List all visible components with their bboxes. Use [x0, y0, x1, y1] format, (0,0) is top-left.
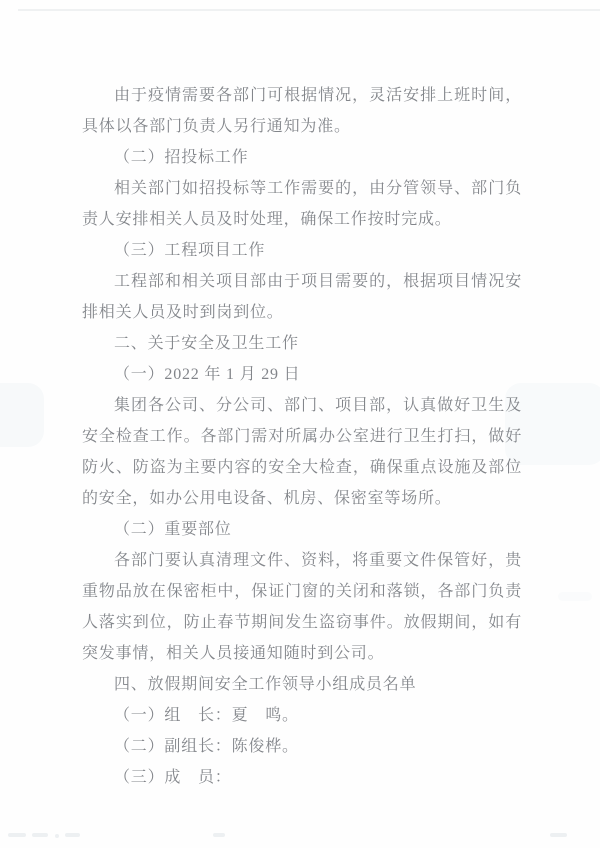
paragraph-project-detail: 工程部和相关项目部由于项目需要的，根据项目情况安排相关人员及时到岗到位。 — [82, 266, 522, 328]
heading-bidding-work: （二）招投标工作 — [82, 142, 522, 173]
document-body: 由于疫情需要各部门可根据情况，灵活安排上班时间，具体以各部门负责人另行通知为准。… — [82, 80, 522, 793]
list-item-deputy-leader: （二）副组长：陈俊桦。 — [82, 731, 522, 762]
document-page: 由于疫情需要各部门可根据情况，灵活安排上班时间，具体以各部门负责人另行通知为准。… — [0, 0, 600, 848]
scan-artifact-bottom-edge — [550, 833, 567, 837]
paragraph-hygiene-inspection: 集团各公司、分公司、部门、项目部，认真做好卫生及安全检查工作。各部门需对所属办公… — [82, 390, 522, 514]
paragraph-flexible-work: 由于疫情需要各部门可根据情况，灵活安排上班时间，具体以各部门负责人另行通知为准。 — [82, 80, 522, 142]
scan-artifact-bottom-edge — [65, 833, 80, 837]
scan-artifact-bottom-edge — [213, 833, 225, 837]
watermark-smudge-left — [0, 383, 44, 447]
scan-artifact-bottom-edge — [32, 833, 48, 837]
paragraph-bidding-detail: 相关部门如招投标等工作需要的，由分管领导、部门负责人安排相关人员及时处理，确保工… — [82, 173, 522, 235]
heading-key-areas: （二）重要部位 — [82, 514, 522, 545]
heading-date: （一）2022 年 1 月 29 日 — [82, 359, 522, 390]
scan-artifact-top-edge — [18, 9, 600, 11]
scan-artifact-bottom-edge — [8, 833, 26, 837]
scan-artifact-bottom-edge — [55, 834, 59, 838]
paragraph-key-areas-detail: 各部门要认真清理文件、资料，将重要文件保管好，贵重物品放在保密柜中，保证门窗的关… — [82, 545, 522, 669]
heading-project-work: （三）工程项目工作 — [82, 235, 522, 266]
heading-section4-leadership-roster: 四、放假期间安全工作领导小组成员名单 — [82, 669, 522, 700]
watermark-smudge-right-small — [558, 592, 592, 601]
list-item-group-leader: （一）组 长：夏 鸣。 — [82, 700, 522, 731]
list-item-members: （三）成 员： — [82, 762, 522, 793]
heading-section2-safety-hygiene: 二、关于安全及卫生工作 — [82, 328, 522, 359]
